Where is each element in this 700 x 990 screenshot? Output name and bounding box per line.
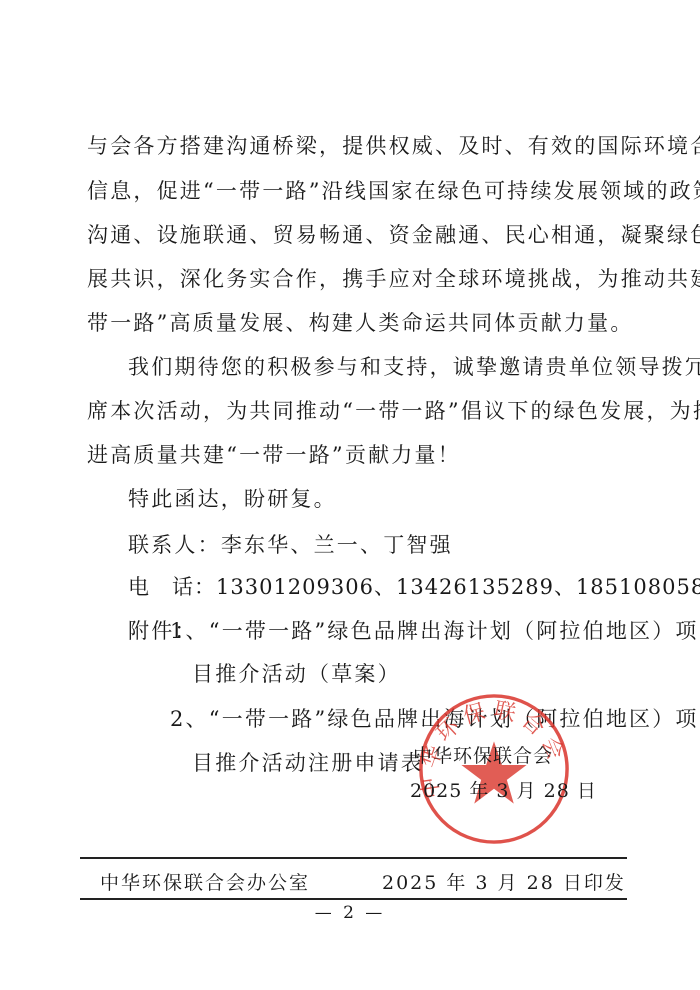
signature-organization: 中华环保联合会 — [413, 741, 553, 768]
official-seal-icon: 中华环保联合会 — [415, 690, 573, 848]
paragraph1-line: 沟通、设施联通、贸易畅通、资金融通、民心相通，凝聚绿色发 — [87, 220, 627, 250]
paragraph1-line: 与会各方搭建沟通桥梁，提供权威、及时、有效的国际环境合作 — [87, 131, 627, 161]
footer-bottom-rule — [80, 898, 627, 900]
contacts-row: 联系人：李东华、兰一、丁智强 — [128, 530, 627, 560]
contacts-label: 联系人： — [128, 533, 221, 557]
paragraph2-line: 我们期待您的积极参与和支持，诚挚邀请贵单位领导拨冗出 — [128, 352, 627, 382]
paragraph1-line: 带一路”高质量发展、构建人类命运共同体贡献力量。 — [87, 308, 627, 338]
signature-date: 2025 年 3 月 28 日 — [410, 776, 597, 803]
paragraph2-line: 席本次活动，为共同推动“一带一路”倡议下的绿色发展，为推 — [87, 396, 627, 426]
paragraph1-line: 展共识，深化务实合作，携手应对全球环境挑战，为推动共建“一 — [87, 264, 627, 294]
paragraph2-line: 进高质量共建“一带一路”贡献力量！ — [87, 440, 627, 470]
footer-top-rule — [80, 857, 627, 859]
footer-office: 中华环保联合会办公室 — [100, 868, 310, 895]
attachment-1-line1: 1、“一带一路”绿色品牌出海计划（阿拉伯地区）项 — [170, 616, 628, 646]
page-number: — 2 — — [0, 903, 700, 923]
attachment-1-line2: 目推介活动（草案） — [192, 659, 628, 689]
paragraph1-line: 信息，促进“一带一路”沿线国家在绿色可持续发展领域的政策 — [87, 176, 627, 206]
phone-numbers: 13301209306、13426135289、18510805855 — [216, 575, 700, 599]
contacts-names: 李东华、兰一、丁智强 — [221, 533, 453, 557]
phone-label: 电 话： — [128, 575, 216, 599]
closing-text: 特此函达，盼研复。 — [128, 484, 627, 514]
footer-issued-date: 2025 年 3 月 28 日印发 — [382, 868, 626, 895]
phone-row: 电 话：13301209306、13426135289、18510805855 — [128, 572, 627, 602]
